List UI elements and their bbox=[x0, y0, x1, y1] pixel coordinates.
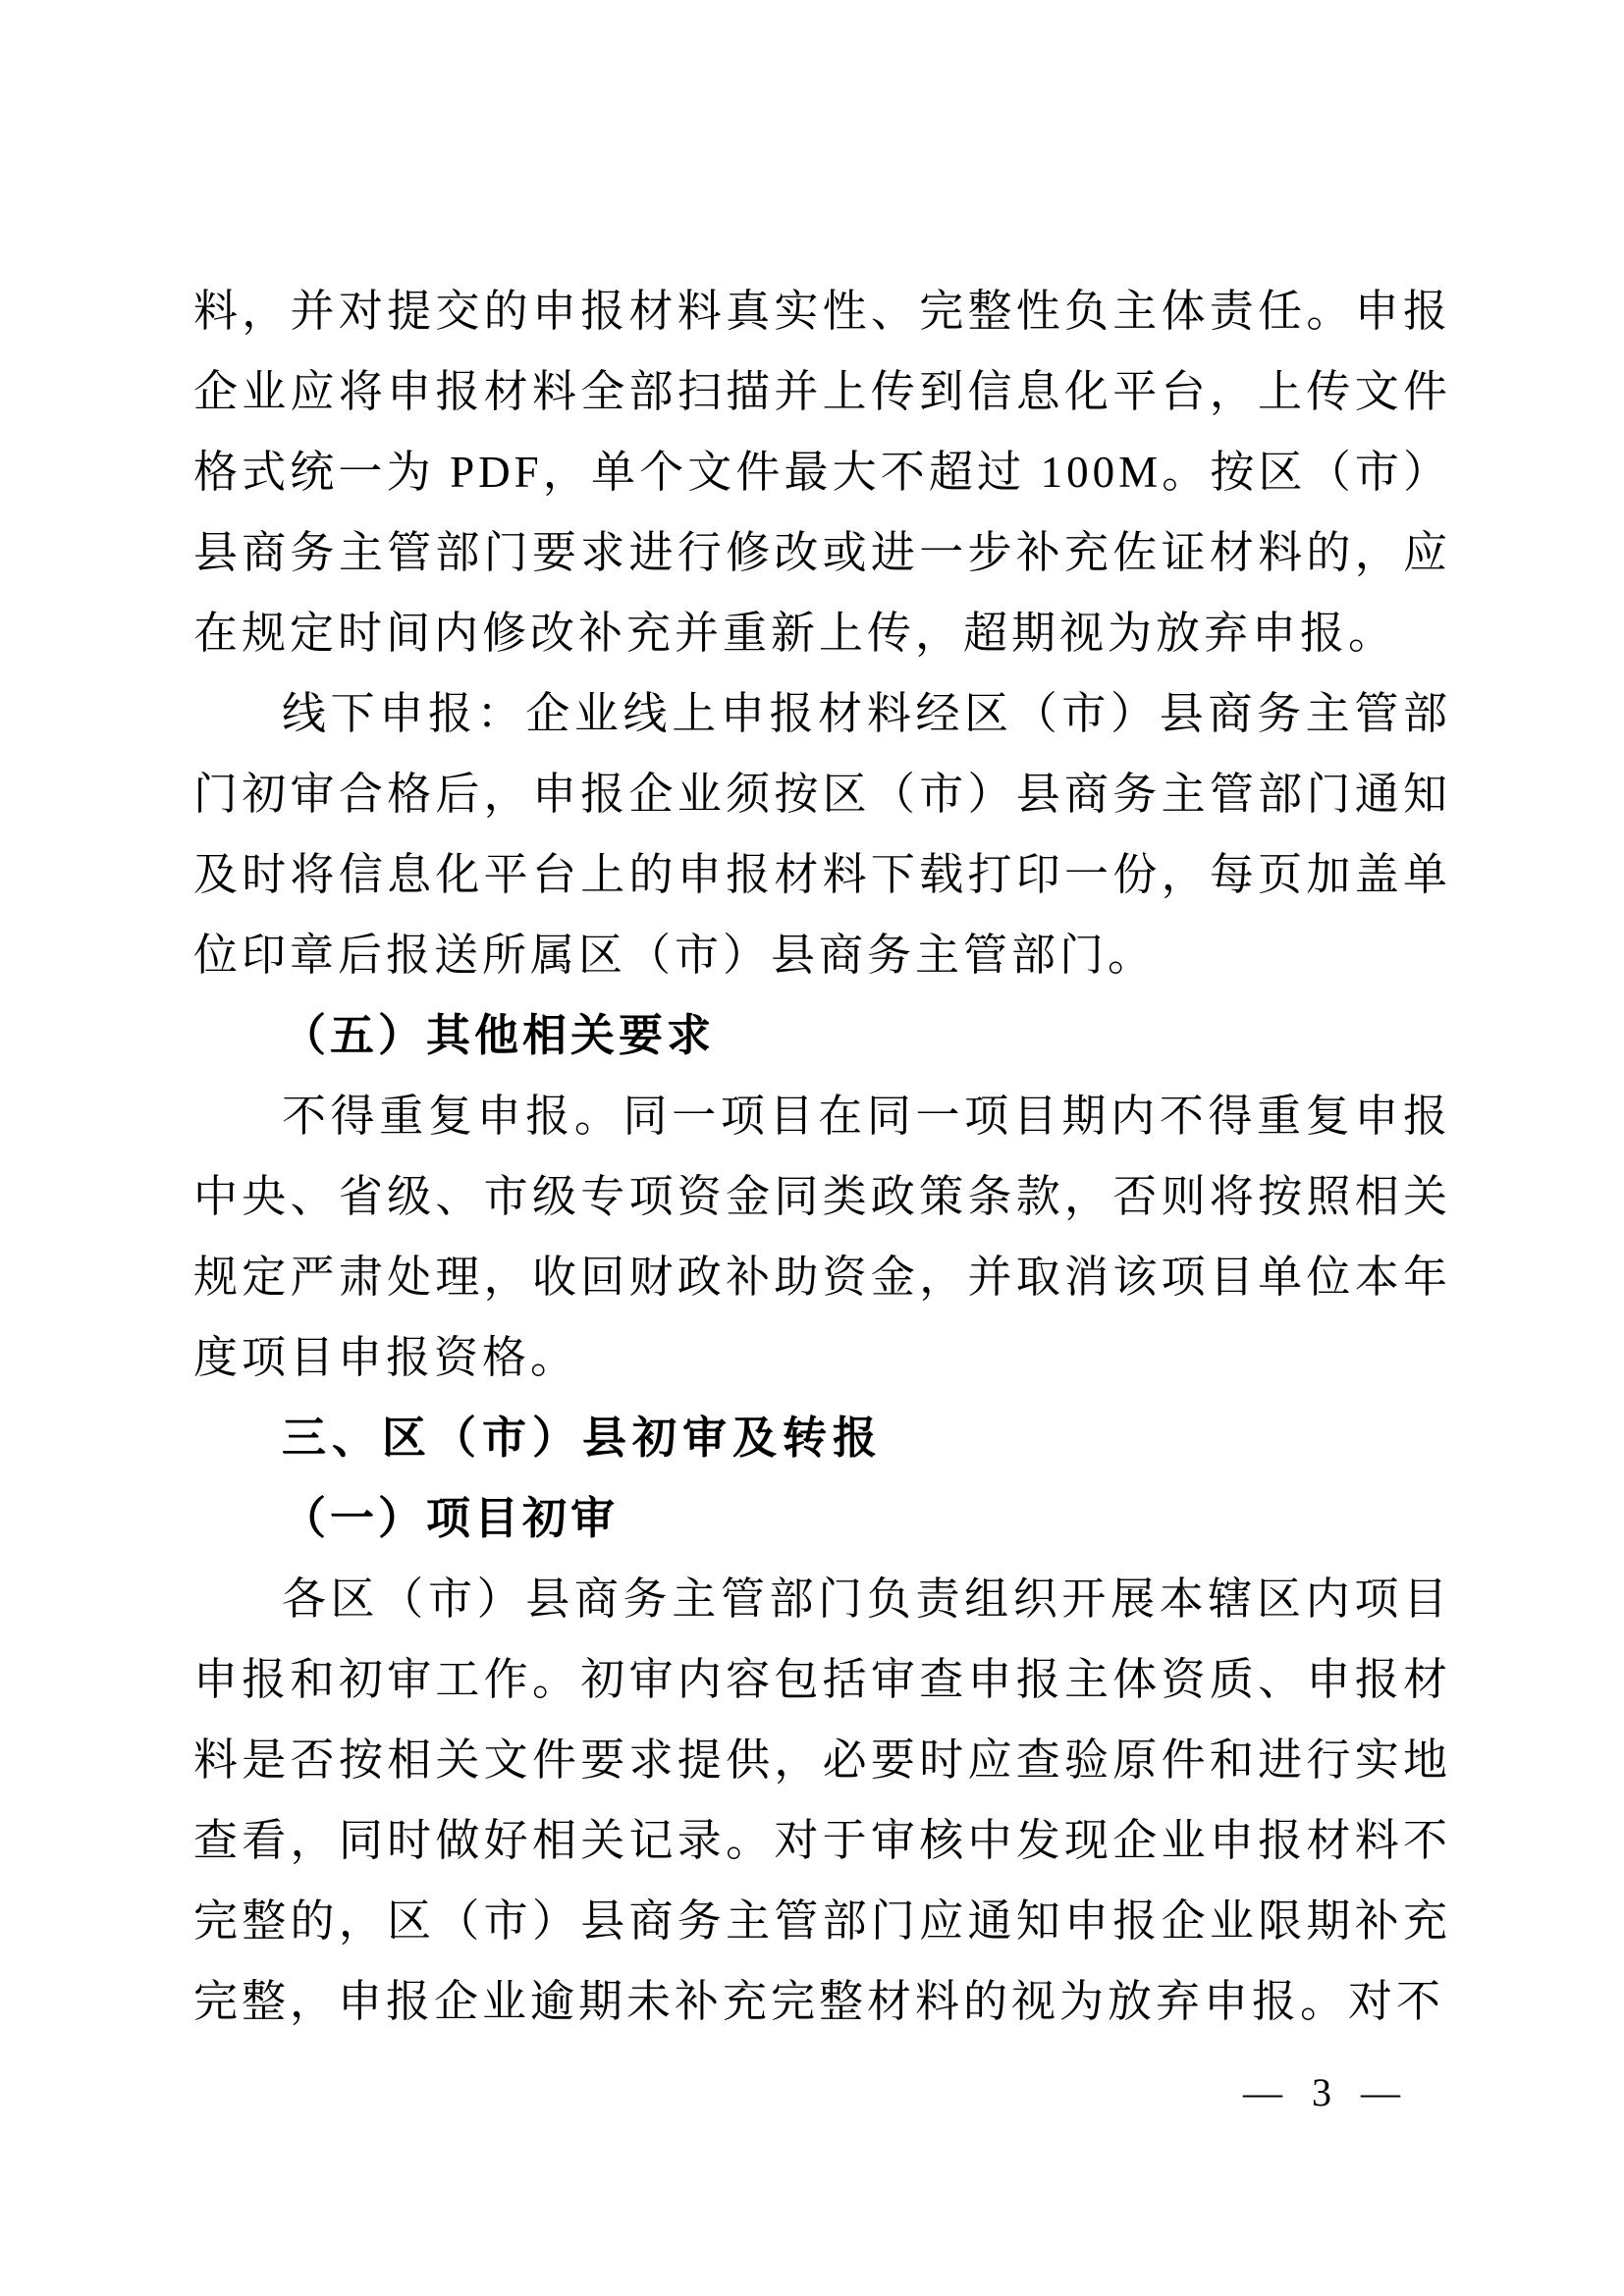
paragraph-no-duplicate-declaration: 不得重复申报。同一项目在同一项目期内不得重复申报中央、省级、市级专项资金同类政策… bbox=[193, 1076, 1451, 1398]
paragraph-upload-requirements: 料，并对提交的申报材料真实性、完整性负主体责任。申报企业应将申报材料全部扫描并上… bbox=[193, 271, 1451, 673]
page-number: — 3 — bbox=[1243, 2067, 1410, 2118]
section-heading-district-review-and-forwarding: 三、区（市）县初审及转报 bbox=[193, 1398, 1451, 1478]
paragraph-preliminary-review-duties: 各区（市）县商务主管部门负责组织开展本辖区内项目申报和初审工作。初审内容包括审查… bbox=[193, 1559, 1451, 2042]
subheading-project-preliminary-review: （一）项目初审 bbox=[193, 1478, 1451, 1559]
subheading-other-requirements: （五）其他相关要求 bbox=[193, 995, 1451, 1076]
document-page: 料，并对提交的申报材料真实性、完整性负主体责任。申报企业应将申报材料全部扫描并上… bbox=[0, 0, 1624, 2296]
paragraph-offline-submission: 线下申报：企业线上申报材料经区（市）县商务主管部门初审合格后，申报企业须按区（市… bbox=[193, 673, 1451, 995]
document-body: 料，并对提交的申报材料真实性、完整性负主体责任。申报企业应将申报材料全部扫描并上… bbox=[193, 271, 1451, 2042]
